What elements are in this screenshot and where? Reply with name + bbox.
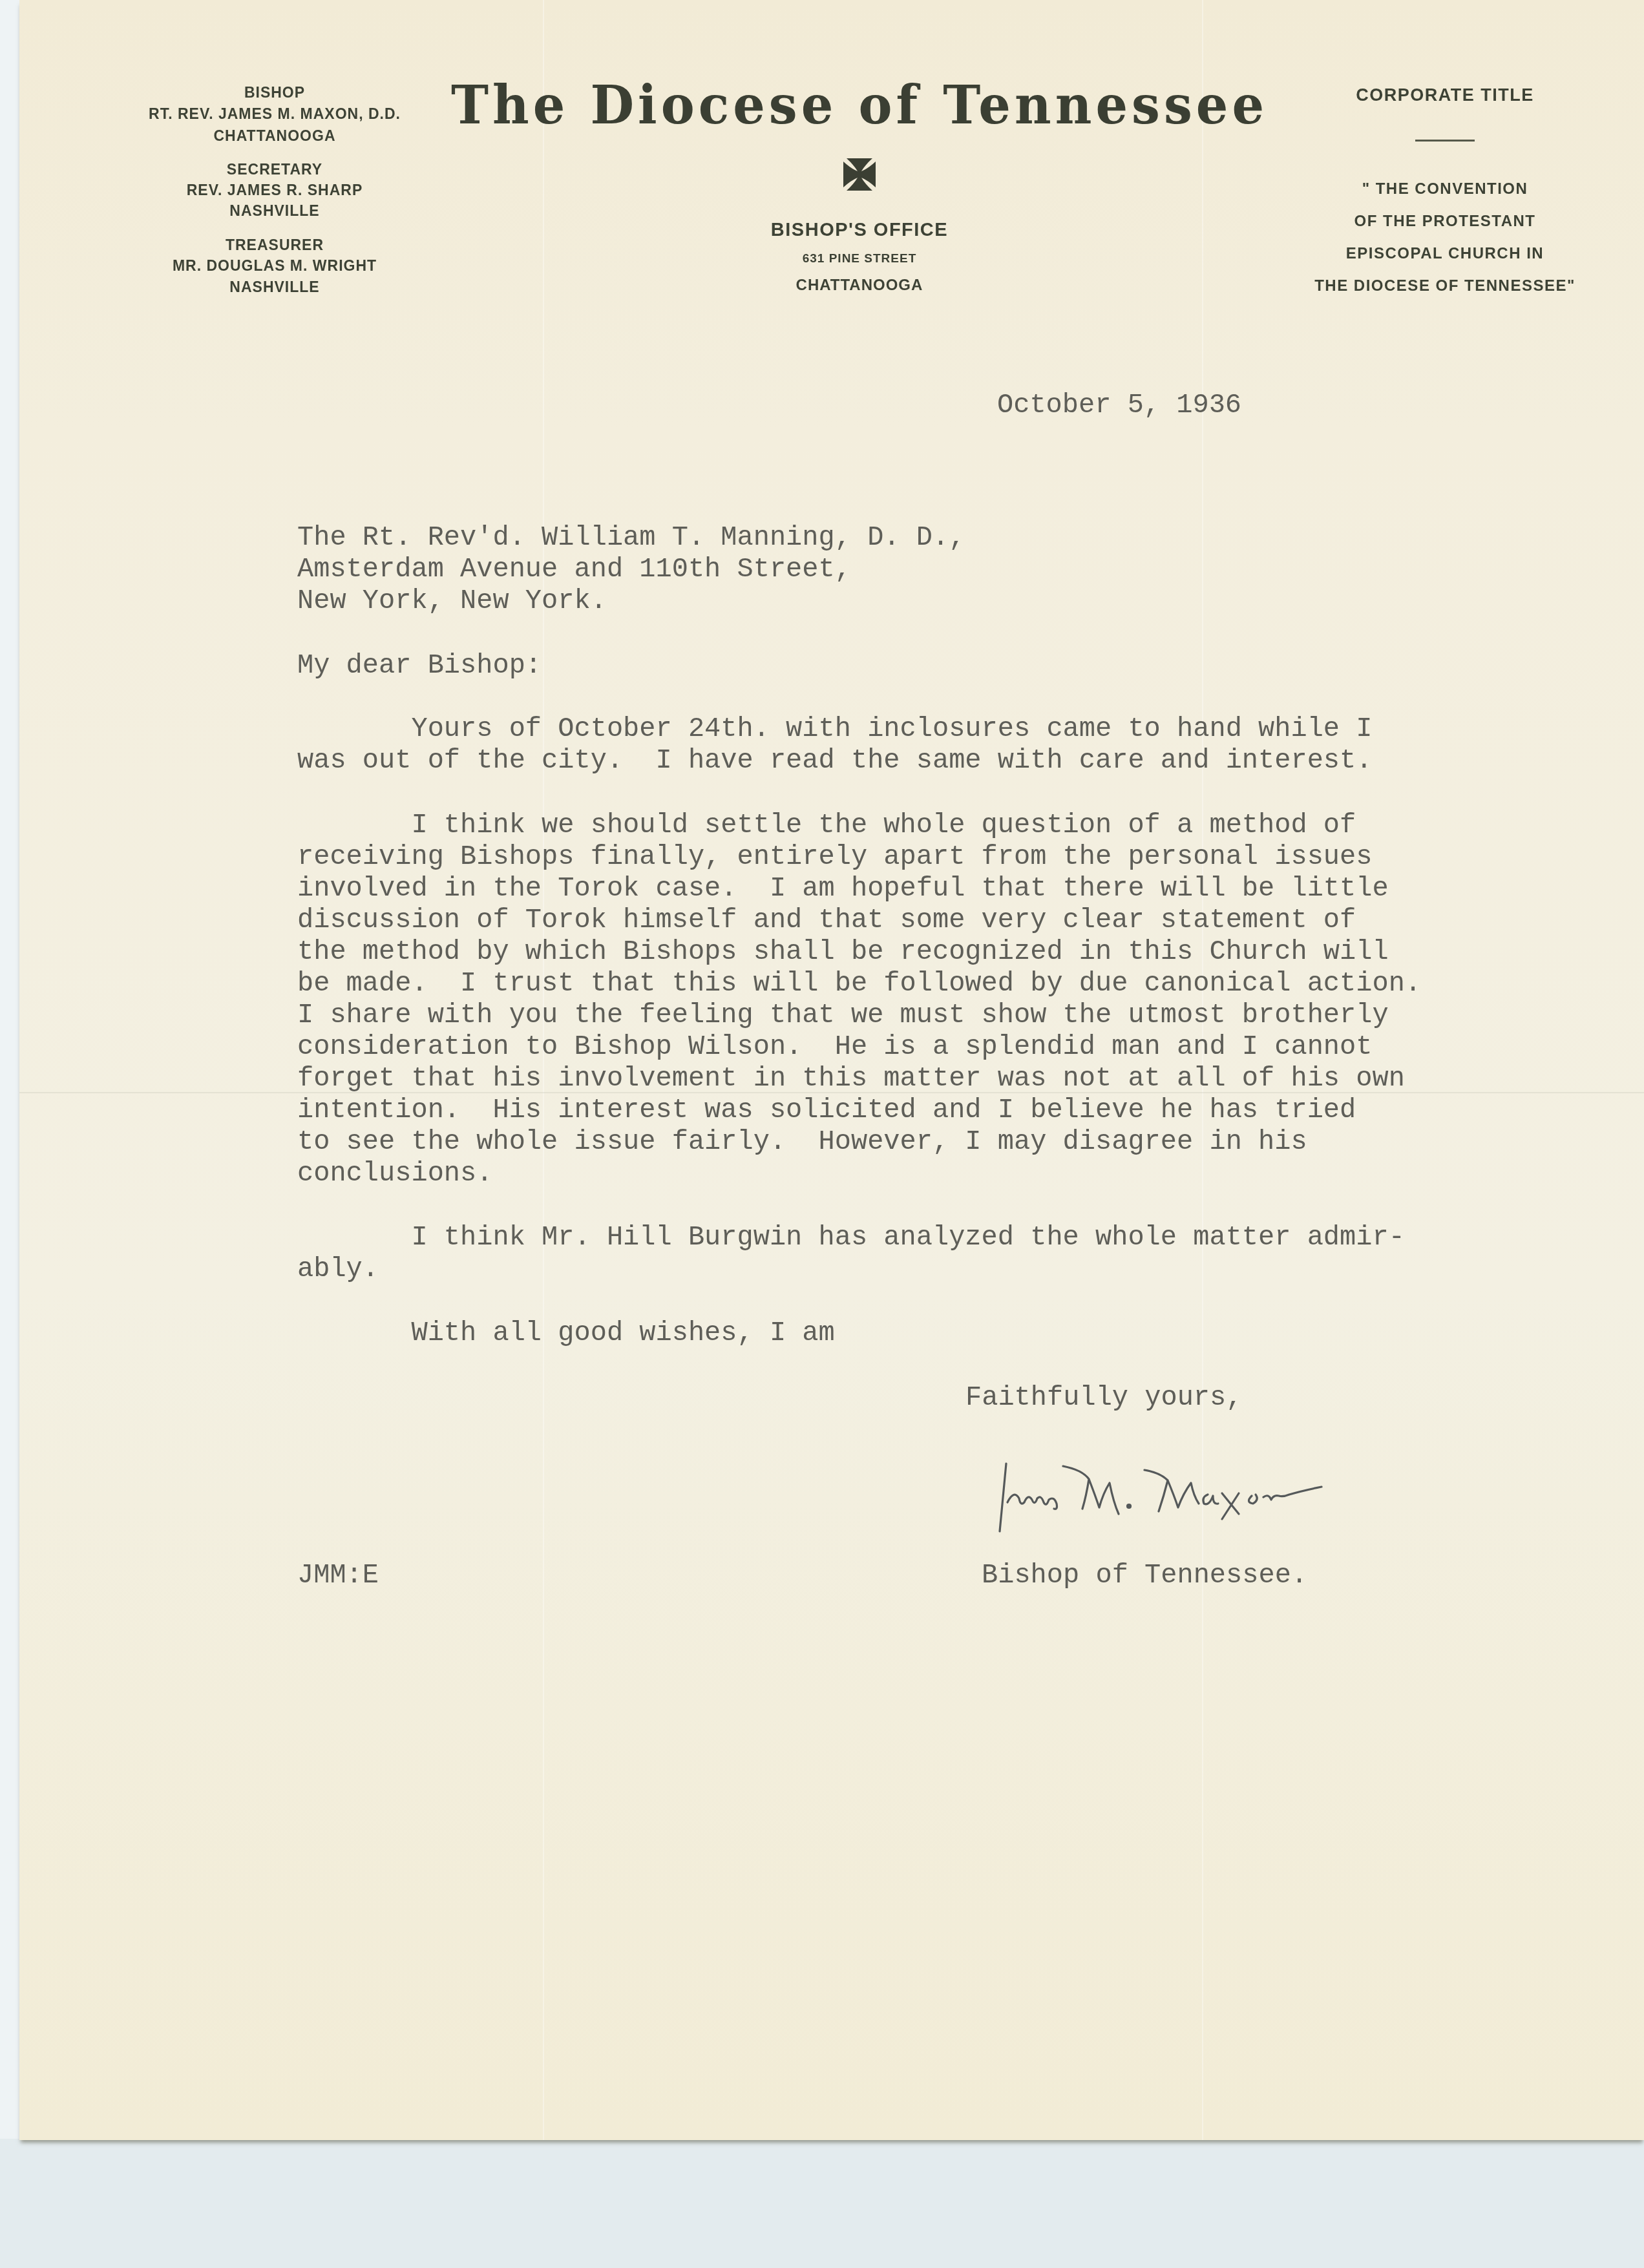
- body-line: forget that his involvement in this matt…: [297, 1063, 1405, 1095]
- complimentary-closing: Faithfully yours,: [965, 1382, 1242, 1414]
- body-line: I think we should settle the whole quest…: [297, 810, 1356, 841]
- body-line: involved in the Torok case. I am hopeful…: [297, 873, 1389, 905]
- body-line: intention. His interest was solicited an…: [297, 1095, 1356, 1126]
- salutation: My dear Bishop:: [297, 650, 542, 682]
- corporate-title-line: " THE CONVENTION: [1362, 180, 1528, 198]
- letter-date: October 5, 1936: [997, 390, 1241, 421]
- office-label: BISHOP'S OFFICE: [771, 220, 948, 241]
- officer-name: MR. DOUGLAS M. WRIGHT: [173, 257, 377, 275]
- body-line: be made. I trust that this will be follo…: [297, 968, 1421, 1000]
- body-line: was out of the city. I have read the sam…: [297, 745, 1372, 777]
- officer-city: NASHVILLE: [229, 278, 319, 296]
- body-line: the method by which Bishops shall be rec…: [297, 936, 1389, 968]
- officer-role: BISHOP: [244, 84, 305, 101]
- recipient-line: Amsterdam Avenue and 110th Street,: [297, 554, 851, 585]
- body-line: consideration to Bishop Wilson. He is a …: [297, 1031, 1372, 1063]
- corporate-title-line: THE DIOCESE OF TENNESSEE": [1314, 277, 1575, 295]
- corporate-title-line: EPISCOPAL CHURCH IN: [1346, 245, 1544, 263]
- officer-city: NASHVILLE: [229, 202, 319, 220]
- body-line: ably.: [297, 1254, 379, 1285]
- corporate-title-divider: [1415, 140, 1475, 142]
- recipient-line: New York, New York.: [297, 585, 607, 617]
- reference-initials: JMM:E: [297, 1560, 379, 1591]
- body-line: I think Mr. Hill Burgwin has analyzed th…: [297, 1222, 1405, 1254]
- body-line: I share with you the feeling that we mus…: [297, 1000, 1389, 1031]
- officer-city: CHATTANOOGA: [213, 127, 335, 145]
- body-line: to see the whole issue fairly. However, …: [297, 1126, 1307, 1158]
- office-street: 631 PINE STREET: [803, 252, 917, 266]
- body-line: Yours of October 24th. with inclosures c…: [297, 713, 1372, 745]
- officer-role: SECRETARY: [227, 161, 322, 178]
- officer-role: TREASURER: [226, 236, 324, 254]
- handwritten-signature: James M. Maxon: [985, 1457, 1347, 1535]
- office-city: CHATTANOOGA: [796, 277, 923, 295]
- recipient-line: The Rt. Rev'd. William T. Manning, D. D.…: [297, 522, 965, 554]
- corporate-title-heading: CORPORATE TITLE: [1356, 85, 1534, 105]
- maltese-cross-icon: [843, 158, 876, 191]
- body-line: discussion of Torok himself and that som…: [297, 905, 1356, 936]
- corporate-title-line: OF THE PROTESTANT: [1354, 213, 1535, 231]
- body-line: receiving Bishops finally, entirely apar…: [297, 841, 1372, 873]
- scanner-edge-strip: [0, 0, 20, 2139]
- signer-title: Bishop of Tennessee.: [982, 1560, 1307, 1591]
- body-line: With all good wishes, I am: [297, 1318, 835, 1349]
- body-line: conclusions.: [297, 1158, 492, 1190]
- diocese-title: The Diocese of Tennessee: [451, 75, 1268, 137]
- officer-name: REV. JAMES R. SHARP: [187, 182, 363, 199]
- officer-name: RT. REV. JAMES M. MAXON, D.D.: [149, 105, 401, 123]
